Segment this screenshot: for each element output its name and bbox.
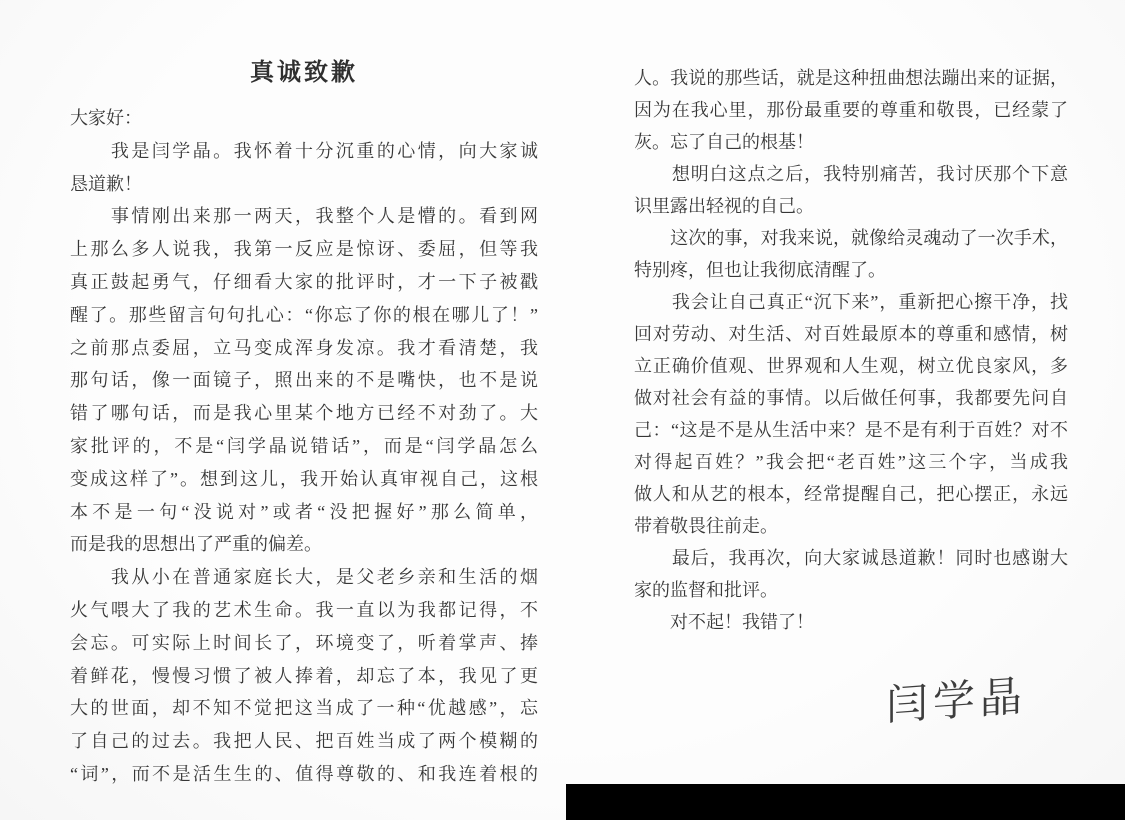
text-line: 而是我的思想出了严重的偏差。 xyxy=(70,528,538,561)
text-line: 最后，我再次，向大家诚恳道歉！同时也感谢大 xyxy=(634,542,1068,574)
text-line: 会忘。可实际上时间长了，环境变了，听着掌声、捧 xyxy=(70,627,538,660)
text-line: 那句话，像一面镜子，照出来的不是嘴快，也不是说 xyxy=(70,364,538,397)
text-line: 家批评的，不是“闫学晶说错话”，而是“闫学晶怎么 xyxy=(70,430,538,463)
text-line: 对不起！我错了！ xyxy=(634,606,1068,638)
text-line: 立正确价值观、世界观和人生观，树立优良家风，多 xyxy=(634,350,1068,382)
text-line: 因为在我心里，那份最重要的尊重和敬畏，已经蒙了 xyxy=(634,94,1068,126)
text-line: 人。我说的那些话，就是这种扭曲想法蹦出来的证据， xyxy=(634,62,1068,94)
right-column: 人。我说的那些话，就是这种扭曲想法蹦出来的证据，因为在我心里，那份最重要的尊重和… xyxy=(634,62,1068,638)
text-line: 上那么多人说我，我第一反应是惊讶、委屈，但等我 xyxy=(70,233,538,266)
text-line: 己：“这是不是从生活中来？是不是有利于百姓？对不 xyxy=(634,414,1068,446)
text-line: 变成这样了”。想到这儿，我开始认真审视自己，这根 xyxy=(70,463,538,496)
signature: 闫学晶 xyxy=(886,663,1026,733)
text-line: 特别疼，但也让我彻底清醒了。 xyxy=(634,254,1068,286)
text-line: 大家好： xyxy=(70,102,538,135)
document-page: 真诚致歉 大家好： 我是闫学晶。我怀着十分沉重的心情，向大家诚恳道歉！ 事情刚出… xyxy=(0,0,1125,820)
text-line: 家的监督和批评。 xyxy=(634,574,1068,606)
text-line: 大的世面，却不知不觉把这当成了一种“优越感”，忘 xyxy=(70,692,538,725)
text-line: 我从小在普通家庭长大，是父老乡亲和生活的烟 xyxy=(70,561,538,594)
left-column-text: 大家好： 我是闫学晶。我怀着十分沉重的心情，向大家诚恳道歉！ 事情刚出来那一两天… xyxy=(70,102,538,791)
text-line: 火气喂大了我的艺术生命。我一直以为我都记得，不 xyxy=(70,594,538,627)
text-line: “词”，而不是活生生的、值得尊敬的、和我连着根的 xyxy=(70,758,538,791)
text-line: 了自己的过去。我把人民、把百姓当成了两个模糊的 xyxy=(70,725,538,758)
text-line: 做人和从艺的根本，经常提醒自己，把心摆正，永远 xyxy=(634,478,1068,510)
text-line: 我会让自己真正“沉下来”，重新把心擦干净，找 xyxy=(634,286,1068,318)
text-line: 真正鼓起勇气，仔细看大家的批评时，才一下子被戳 xyxy=(70,266,538,299)
redaction-bar xyxy=(566,784,1125,820)
text-line: 对得起百姓？”我会把“老百姓”这三个字，当成我 xyxy=(634,446,1068,478)
text-line: 恳道歉！ xyxy=(70,168,538,201)
text-line: 做对社会有益的事情。以后做任何事，我都要先问自 xyxy=(634,382,1068,414)
text-line: 醒了。那些留言句句扎心：“你忘了你的根在哪儿了！” xyxy=(70,299,538,332)
right-column-text: 人。我说的那些话，就是这种扭曲想法蹦出来的证据，因为在我心里，那份最重要的尊重和… xyxy=(634,62,1068,638)
text-line: 带着敬畏往前走。 xyxy=(634,510,1068,542)
text-line: 事情刚出来那一两天，我整个人是懵的。看到网 xyxy=(70,200,538,233)
text-line: 错了哪句话，而是我心里某个地方已经不对劲了。大 xyxy=(70,397,538,430)
text-line: 这次的事，对我来说，就像给灵魂动了一次手术， xyxy=(634,222,1068,254)
text-line: 回对劳动、对生活、对百姓最原本的尊重和感情，树 xyxy=(634,318,1068,350)
text-line: 之前那点委屈，立马变成浑身发凉。我才看清楚，我 xyxy=(70,332,538,365)
document-title: 真诚致歉 xyxy=(70,56,538,90)
text-line: 识里露出轻视的自己。 xyxy=(634,190,1068,222)
text-line: 灰。忘了自己的根基！ xyxy=(634,126,1068,158)
left-column: 真诚致歉 大家好： 我是闫学晶。我怀着十分沉重的心情，向大家诚恳道歉！ 事情刚出… xyxy=(70,56,538,791)
text-line: 想明白这点之后，我特别痛苦，我讨厌那个下意 xyxy=(634,158,1068,190)
text-line: 着鲜花，慢慢习惯了被人捧着，却忘了本，我见了更 xyxy=(70,660,538,693)
text-line: 本不是一句“没说对”或者“没把握好”那么简单， xyxy=(70,496,538,529)
text-line: 我是闫学晶。我怀着十分沉重的心情，向大家诚 xyxy=(70,135,538,168)
